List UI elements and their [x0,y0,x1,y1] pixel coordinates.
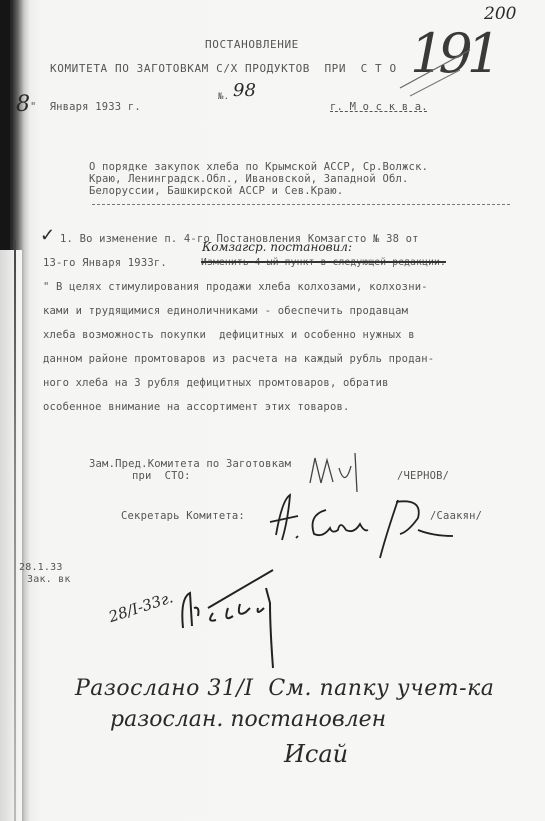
body-line-3: " В целях стимулирования продажи хлеба к… [43,281,428,293]
footer-date: 28.1.33 [19,562,63,573]
date-day: 8 [16,92,30,117]
archive-page-number: 200 [484,4,516,24]
subject-line-1: О порядке закупок хлеба по Крымской АССР… [89,161,428,173]
subject-divider [92,204,510,205]
binding-line [14,240,16,821]
body-line-8: особенное внимание на ассортимент этих т… [43,401,350,413]
stamp-strike-mark [400,40,480,100]
deputy-title-line-1: Зам.Пред.Комитета по Заготовкам [89,458,291,470]
secretary-signature [268,490,468,560]
body-line-2-start: 13-го Января 1933г. [43,257,173,269]
document-number-prefix: №. [218,92,229,102]
document-subtitle: КОМИТЕТА ПО ЗАГОТОВКАМ С/Х ПРОДУКТОВ ПРИ… [50,62,397,75]
binding-shadow [0,0,10,260]
document-date: " Января 1933 г. [30,101,141,113]
binding-edge [0,250,22,821]
document-city: г. М о с к в а. [330,101,428,113]
body-line-5: хлеба возможность покупки дефицитных и о… [43,329,415,341]
secretary-title: Секретарь Комитета: [121,510,245,522]
footer-code: Зак. вк [27,574,71,585]
deputy-name: /ЧЕРНОВ/ [397,470,449,482]
handwritten-signature-2 [178,568,288,678]
deputy-title-line-2: при СТО: [132,470,191,482]
body-line-6: данном районе промтоваров из расчета на … [43,353,434,365]
subject-line-3: Белоруссии, Башкирской АССР и Сев.Краю. [89,185,343,197]
handwritten-insert: Комзагср. постановил: [202,240,352,254]
scanned-document-page: 200 191 ПОСТАНОВЛЕНИЕ КОМИТЕТА ПО ЗАГОТО… [0,0,545,821]
body-line-4: ками и трудящимися единоличниками - обес… [43,305,408,317]
body-line-2-struck: Изменить 4-ый пункт в следующей редакции… [201,257,446,268]
resolution-line-2: разослан. постановлен [110,707,386,732]
document-number: 98 [233,80,256,101]
subject-line-2: Краю, Ленинградск.Обл., Ивановской, Запа… [89,173,409,185]
document-title: ПОСТАНОВЛЕНИЕ [205,38,299,51]
handwritten-date-note: 28/I-33г. [106,588,175,626]
checkmark-icon: ✓ [40,225,55,246]
resolution-line-1: Разослано 31/I См. папку учет-ка [75,676,494,701]
resolution-initials: Исай [284,740,348,768]
body-line-7: ного хлеба на 3 рубля дефицитных промтов… [43,377,389,389]
